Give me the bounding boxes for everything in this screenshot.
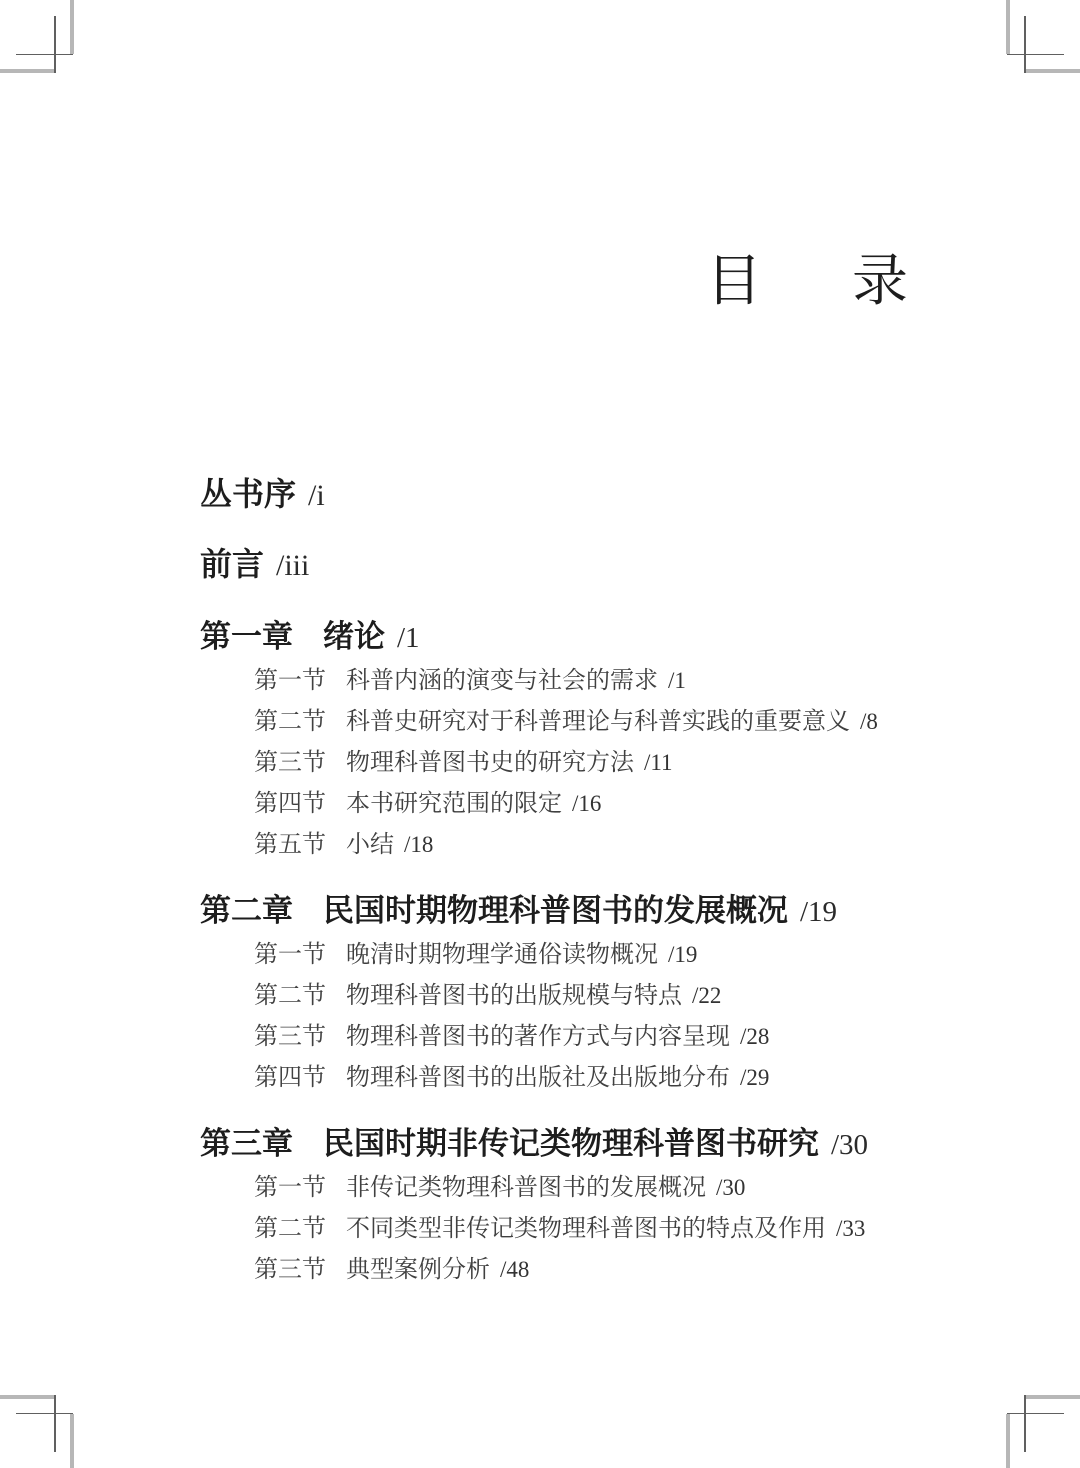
toc-section-row: 第一节非传记类物理科普图书的发展概况/30	[200, 1175, 920, 1201]
chapter-3-heading: 第三章民国时期非传记类物理科普图书研究/30	[200, 1124, 920, 1165]
page-number: /28	[740, 1024, 769, 1049]
crop-line	[1007, 1414, 1011, 1468]
section-number: 第四节	[254, 1065, 326, 1091]
section-number: 第一节	[254, 1175, 326, 1201]
page-number: /29	[740, 1065, 769, 1090]
crop-line	[0, 1396, 55, 1400]
page-number: /30	[831, 1129, 868, 1161]
toc-section-row: 第二节物理科普图书的出版规模与特点/22	[200, 983, 920, 1009]
toc-section-row: 第四节本书研究范围的限定/16	[200, 791, 920, 817]
toc-section-row: 第二节不同类型非传记类物理科普图书的特点及作用/33	[200, 1216, 920, 1242]
page-number: /1	[397, 622, 420, 654]
section-title: 小结	[346, 832, 394, 858]
crop-line	[70, 0, 74, 54]
entry-label: 前言	[200, 546, 264, 582]
section-number: 第一节	[254, 668, 326, 694]
section-number: 第三节	[254, 750, 326, 776]
crop-mark-bottom-right	[1000, 1388, 1080, 1468]
toc-section-row: 第一节晚清时期物理学通俗读物概况/19	[200, 942, 920, 968]
title-char-lu: 录	[852, 254, 908, 310]
page-number: /18	[404, 832, 433, 857]
crop-line	[16, 1413, 73, 1415]
crop-line	[1025, 1396, 1080, 1400]
page-number: /i	[308, 479, 325, 512]
toc-content: 丛书序/i 前言/iii 第一章绪论/1 第一节科普内涵的演变与社会的需求/1 …	[200, 476, 920, 1298]
section-number: 第一节	[254, 942, 326, 968]
page-number: /16	[572, 791, 601, 816]
crop-mark-top-right	[1000, 0, 1080, 80]
section-title: 典型案例分析	[346, 1257, 490, 1283]
crop-line	[1007, 54, 1064, 56]
crop-line	[54, 16, 56, 73]
section-title: 科普史研究对于科普理论与科普实践的重要意义	[346, 709, 850, 735]
toc-section-row: 第四节物理科普图书的出版社及出版地分布/29	[200, 1065, 920, 1091]
crop-mark-top-left	[0, 0, 80, 80]
section-number: 第五节	[254, 832, 326, 858]
toc-entry-series-preface: 丛书序/i	[200, 476, 920, 514]
section-number: 第三节	[254, 1257, 326, 1283]
section-title: 物理科普图书的出版规模与特点	[346, 983, 682, 1009]
title-char-mu: 目	[706, 254, 762, 310]
page-number: /33	[836, 1216, 865, 1241]
page-number: /19	[800, 896, 837, 928]
page-number: /iii	[276, 549, 309, 582]
section-title: 本书研究范围的限定	[346, 791, 562, 817]
page-number: /11	[644, 750, 673, 775]
section-number: 第四节	[254, 791, 326, 817]
section-title: 物理科普图书的著作方式与内容呈现	[346, 1024, 730, 1050]
section-title: 物理科普图书的出版社及出版地分布	[346, 1065, 730, 1091]
section-number: 第二节	[254, 1216, 326, 1242]
section-title: 非传记类物理科普图书的发展概况	[346, 1175, 706, 1201]
section-title: 不同类型非传记类物理科普图书的特点及作用	[346, 1216, 826, 1242]
toc-section-row: 第五节小结/18	[200, 832, 920, 858]
section-title: 物理科普图书史的研究方法	[346, 750, 634, 776]
crop-line	[70, 1414, 74, 1468]
toc-section-row: 第二节科普史研究对于科普理论与科普实践的重要意义/8	[200, 709, 920, 735]
crop-line	[1007, 1413, 1064, 1415]
chapter-1-heading: 第一章绪论/1	[200, 617, 920, 658]
page-number: /22	[692, 983, 721, 1008]
toc-entry-foreword: 前言/iii	[200, 546, 920, 584]
page-number: /8	[860, 709, 878, 734]
chapter-title: 绪论	[323, 619, 385, 654]
section-title: 科普内涵的演变与社会的需求	[346, 668, 658, 694]
section-number: 第二节	[254, 983, 326, 1009]
chapter-number: 第三章	[200, 1126, 293, 1161]
chapter-2-heading: 第二章民国时期物理科普图书的发展概况/19	[200, 891, 920, 932]
page-number: /19	[668, 942, 697, 967]
crop-line	[1007, 0, 1011, 54]
section-number: 第三节	[254, 1024, 326, 1050]
section-title: 晚清时期物理学通俗读物概况	[346, 942, 658, 968]
toc-section-row: 第三节物理科普图书史的研究方法/11	[200, 750, 920, 776]
crop-line	[16, 54, 73, 56]
chapter-number: 第一章	[200, 619, 293, 654]
toc-section-row: 第三节物理科普图书的著作方式与内容呈现/28	[200, 1024, 920, 1050]
crop-line	[54, 1395, 56, 1452]
crop-line	[0, 69, 55, 73]
chapter-title: 民国时期物理科普图书的发展概况	[323, 893, 788, 928]
entry-label: 丛书序	[200, 476, 296, 512]
page-number: /48	[500, 1257, 529, 1282]
crop-line	[1025, 69, 1080, 73]
section-number: 第二节	[254, 709, 326, 735]
page-number: /1	[668, 668, 686, 693]
page-number: /30	[716, 1175, 745, 1200]
chapter-title: 民国时期非传记类物理科普图书研究	[323, 1126, 819, 1161]
crop-mark-bottom-left	[0, 1388, 80, 1468]
toc-section-row: 第一节科普内涵的演变与社会的需求/1	[200, 668, 920, 694]
crop-line	[1024, 1395, 1026, 1452]
book-toc-page: 目 录 丛书序/i 前言/iii 第一章绪论/1 第一节科普内涵的演变与社会的需…	[0, 0, 1080, 1468]
toc-section-row: 第三节典型案例分析/48	[200, 1257, 920, 1283]
chapter-number: 第二章	[200, 893, 293, 928]
page-title: 目 录	[706, 254, 908, 310]
crop-line	[1024, 16, 1026, 73]
